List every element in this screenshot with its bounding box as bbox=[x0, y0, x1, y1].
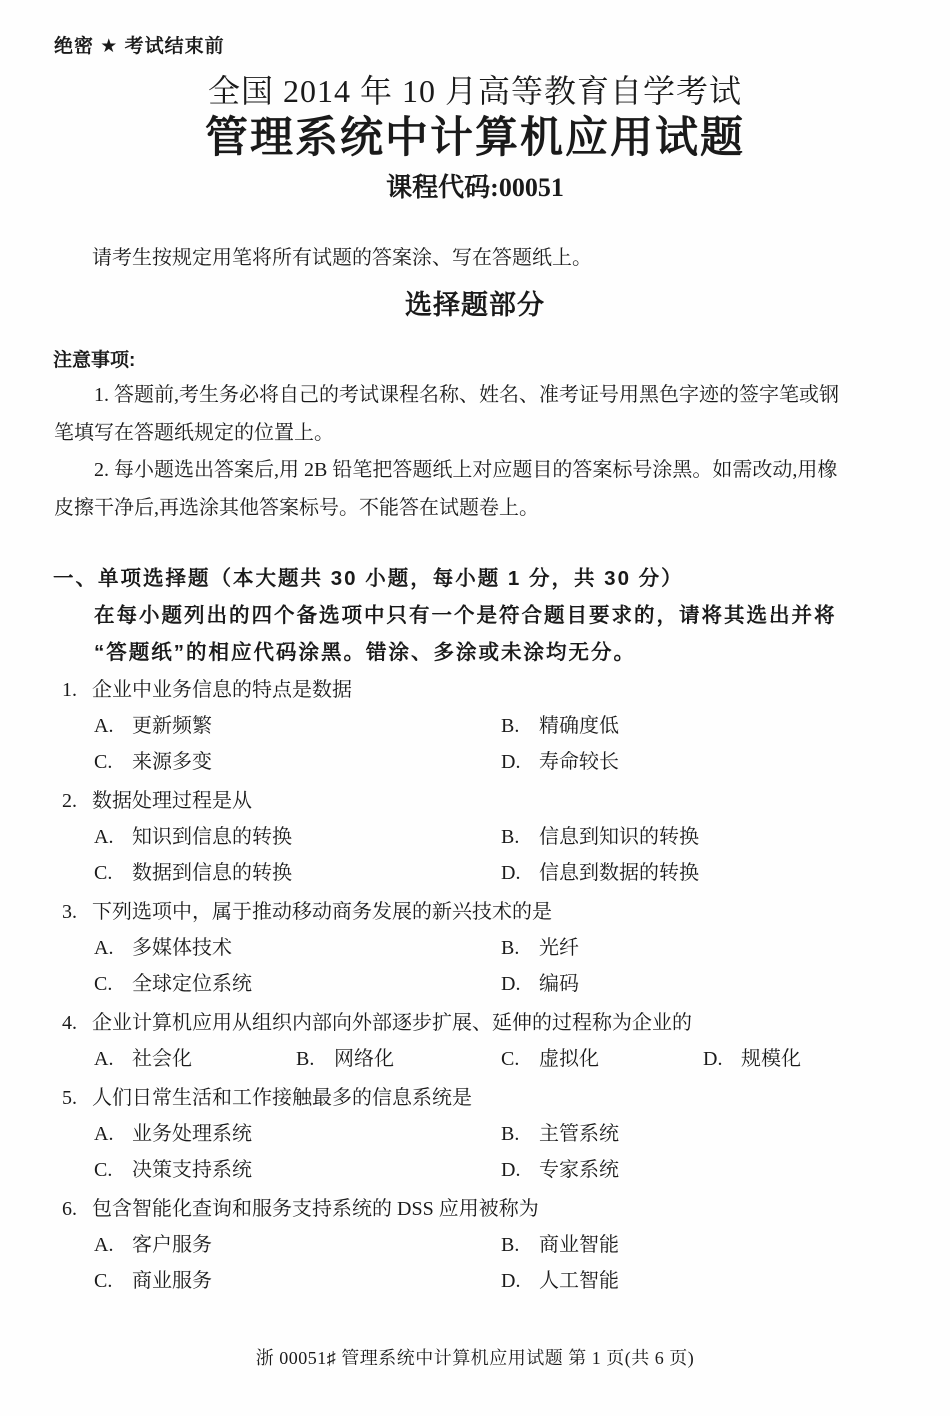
question-list: 1. 企业中业务信息的特点是数据 A.更新频繁 B.精确度低 C.来源多变 D.… bbox=[54, 672, 910, 1302]
question-stem-row: 6. 包含智能化查询和服务支持系统的 DSS 应用被称为 bbox=[54, 1191, 910, 1227]
option-text: 社会化 bbox=[132, 1048, 192, 1070]
question-options: A.知识到信息的转换 B.信息到知识的转换 C.数据到信息的转换 D.信息到数据… bbox=[54, 819, 910, 891]
option-a: A.客户服务 bbox=[94, 1227, 501, 1263]
option-text: 编码 bbox=[539, 973, 579, 995]
option-a: A.社会化 bbox=[94, 1041, 296, 1077]
question-stem-row: 4. 企业计算机应用从组织内部向外部逐步扩展、延伸的过程称为企业的 bbox=[54, 1005, 910, 1041]
option-text: 商业智能 bbox=[539, 1234, 619, 1256]
option-text: 虚拟化 bbox=[539, 1048, 599, 1070]
option-label: B. bbox=[501, 1227, 527, 1263]
option-text: 多媒体技术 bbox=[132, 937, 232, 959]
option-c: C.全球定位系统 bbox=[94, 966, 501, 1002]
section-title: 选择题部分 bbox=[0, 283, 950, 322]
option-text: 客户服务 bbox=[132, 1234, 212, 1256]
option-label: C. bbox=[94, 744, 120, 780]
option-label: B. bbox=[501, 708, 527, 744]
option-label: C. bbox=[94, 966, 120, 1002]
option-label: C. bbox=[501, 1041, 527, 1077]
option-text: 业务处理系统 bbox=[132, 1123, 252, 1145]
option-text: 信息到知识的转换 bbox=[539, 826, 699, 848]
option-text: 人工智能 bbox=[539, 1270, 619, 1292]
question-number: 5. bbox=[54, 1080, 92, 1116]
question-item-2: 2. 数据处理过程是从 A.知识到信息的转换 B.信息到知识的转换 C.数据到信… bbox=[54, 783, 910, 891]
option-c: C.商业服务 bbox=[94, 1263, 501, 1299]
option-c: C.数据到信息的转换 bbox=[94, 855, 501, 891]
question-options: A.社会化 B.网络化 C.虚拟化 D.规模化 bbox=[54, 1041, 910, 1077]
exam-paper-title: 管理系统中计算机应用试题 bbox=[0, 104, 950, 165]
option-b: B.精确度低 bbox=[501, 708, 910, 744]
question-item-5: 5. 人们日常生活和工作接触最多的信息系统是 A.业务处理系统 B.主管系统 C… bbox=[54, 1080, 910, 1188]
notes-body: 1. 答题前,考生务必将自己的考试课程名称、姓名、准考证号用黑色字迹的签字笔或钢… bbox=[54, 377, 854, 527]
option-a: A.知识到信息的转换 bbox=[94, 819, 501, 855]
question-stem-row: 2. 数据处理过程是从 bbox=[54, 783, 910, 819]
part1-header: 一、单项选择题（本大题共 30 小题，每小题 1 分，共 30 分） 在每小题列… bbox=[53, 560, 853, 671]
option-b: B.光纤 bbox=[501, 930, 910, 966]
option-text: 知识到信息的转换 bbox=[132, 826, 292, 848]
option-text: 规模化 bbox=[741, 1048, 801, 1070]
question-options: A.更新频繁 B.精确度低 C.来源多变 D.寿命较长 bbox=[54, 708, 910, 780]
option-d: D.专家系统 bbox=[501, 1152, 910, 1188]
option-label: B. bbox=[501, 1116, 527, 1152]
option-label: D. bbox=[501, 744, 527, 780]
option-d: D.规模化 bbox=[703, 1041, 910, 1077]
question-number: 2. bbox=[54, 783, 92, 819]
option-c: C.决策支持系统 bbox=[94, 1152, 501, 1188]
option-label: C. bbox=[94, 1152, 120, 1188]
question-item-1: 1. 企业中业务信息的特点是数据 A.更新频繁 B.精确度低 C.来源多变 D.… bbox=[54, 672, 910, 780]
question-number: 6. bbox=[54, 1191, 92, 1227]
option-label: D. bbox=[501, 966, 527, 1002]
option-text: 专家系统 bbox=[539, 1159, 619, 1181]
option-text: 商业服务 bbox=[132, 1270, 212, 1292]
question-number: 1. bbox=[54, 672, 92, 708]
option-label: A. bbox=[94, 930, 120, 966]
option-label: B. bbox=[501, 930, 527, 966]
question-stem: 人们日常生活和工作接触最多的信息系统是 bbox=[92, 1080, 910, 1116]
option-text: 光纤 bbox=[539, 937, 579, 959]
option-d: D.编码 bbox=[501, 966, 910, 1002]
part1-subheading: 在每小题列出的四个备选项中只有一个是符合题目要求的，请将其选出并将“答题纸”的相… bbox=[53, 597, 853, 671]
option-text: 网络化 bbox=[334, 1048, 394, 1070]
option-b: B.主管系统 bbox=[501, 1116, 910, 1152]
option-b: B.网络化 bbox=[296, 1041, 501, 1077]
option-text: 决策支持系统 bbox=[132, 1159, 252, 1181]
option-label: B. bbox=[501, 819, 527, 855]
course-code: 课程代码:00051 bbox=[0, 167, 950, 204]
option-text: 寿命较长 bbox=[539, 751, 619, 773]
option-a: A.业务处理系统 bbox=[94, 1116, 501, 1152]
page-footer: 浙 00051♯ 管理系统中计算机应用试题 第 1 页(共 6 页) bbox=[0, 1344, 950, 1370]
question-options: A.业务处理系统 B.主管系统 C.决策支持系统 D.专家系统 bbox=[54, 1116, 910, 1188]
option-c: C.来源多变 bbox=[94, 744, 501, 780]
question-number: 3. bbox=[54, 894, 92, 930]
option-c: C.虚拟化 bbox=[501, 1041, 703, 1077]
option-label: A. bbox=[94, 1227, 120, 1263]
question-stem-row: 3. 下列选项中，属于推动移动商务发展的新兴技术的是 bbox=[54, 894, 910, 930]
classification-banner: 绝密 ★ 考试结束前 bbox=[54, 31, 225, 58]
exam-paper-page: 绝密 ★ 考试结束前 全国 2014 年 10 月高等教育自学考试 管理系统中计… bbox=[0, 0, 950, 1416]
note-item-2: 2. 每小题选出答案后,用 2B 铅笔把答题纸上对应题目的答案标号涂黑。如需改动… bbox=[54, 452, 854, 527]
question-item-4: 4. 企业计算机应用从组织内部向外部逐步扩展、延伸的过程称为企业的 A.社会化 … bbox=[54, 1005, 910, 1077]
notes-heading: 注意事项: bbox=[53, 345, 135, 372]
option-label: D. bbox=[501, 1263, 527, 1299]
question-item-6: 6. 包含智能化查询和服务支持系统的 DSS 应用被称为 A.客户服务 B.商业… bbox=[54, 1191, 910, 1299]
question-stem: 企业计算机应用从组织内部向外部逐步扩展、延伸的过程称为企业的 bbox=[92, 1005, 910, 1041]
option-d: D.人工智能 bbox=[501, 1263, 910, 1299]
option-label: C. bbox=[94, 1263, 120, 1299]
option-label: A. bbox=[94, 1041, 120, 1077]
question-stem-row: 5. 人们日常生活和工作接触最多的信息系统是 bbox=[54, 1080, 910, 1116]
option-label: A. bbox=[94, 1116, 120, 1152]
question-options: A.多媒体技术 B.光纤 C.全球定位系统 D.编码 bbox=[54, 930, 910, 1002]
option-text: 精确度低 bbox=[539, 715, 619, 737]
option-label: D. bbox=[501, 1152, 527, 1188]
option-label: D. bbox=[501, 855, 527, 891]
option-label: D. bbox=[703, 1041, 729, 1077]
option-b: B.商业智能 bbox=[501, 1227, 910, 1263]
option-label: A. bbox=[94, 819, 120, 855]
candidate-notice: 请考生按规定用笔将所有试题的答案涂、写在答题纸上。 bbox=[92, 241, 592, 270]
option-text: 信息到数据的转换 bbox=[539, 862, 699, 884]
option-text: 来源多变 bbox=[132, 751, 212, 773]
option-label: C. bbox=[94, 855, 120, 891]
option-d: D.信息到数据的转换 bbox=[501, 855, 910, 891]
question-stem-row: 1. 企业中业务信息的特点是数据 bbox=[54, 672, 910, 708]
question-stem: 数据处理过程是从 bbox=[92, 783, 910, 819]
option-b: B.信息到知识的转换 bbox=[501, 819, 910, 855]
option-text: 主管系统 bbox=[539, 1123, 619, 1145]
note-item-1: 1. 答题前,考生务必将自己的考试课程名称、姓名、准考证号用黑色字迹的签字笔或钢… bbox=[54, 377, 854, 452]
part1-heading: 一、单项选择题（本大题共 30 小题，每小题 1 分，共 30 分） bbox=[53, 560, 853, 597]
option-text: 数据到信息的转换 bbox=[132, 862, 292, 884]
question-stem: 企业中业务信息的特点是数据 bbox=[92, 672, 910, 708]
question-item-3: 3. 下列选项中，属于推动移动商务发展的新兴技术的是 A.多媒体技术 B.光纤 … bbox=[54, 894, 910, 1002]
question-stem: 包含智能化查询和服务支持系统的 DSS 应用被称为 bbox=[92, 1191, 910, 1227]
option-text: 全球定位系统 bbox=[132, 973, 252, 995]
option-d: D.寿命较长 bbox=[501, 744, 910, 780]
question-number: 4. bbox=[54, 1005, 92, 1041]
option-a: A.更新频繁 bbox=[94, 708, 501, 744]
question-options: A.客户服务 B.商业智能 C.商业服务 D.人工智能 bbox=[54, 1227, 910, 1299]
option-text: 更新频繁 bbox=[132, 715, 212, 737]
question-stem: 下列选项中，属于推动移动商务发展的新兴技术的是 bbox=[92, 894, 910, 930]
option-label: A. bbox=[94, 708, 120, 744]
option-label: B. bbox=[296, 1041, 322, 1077]
option-a: A.多媒体技术 bbox=[94, 930, 501, 966]
